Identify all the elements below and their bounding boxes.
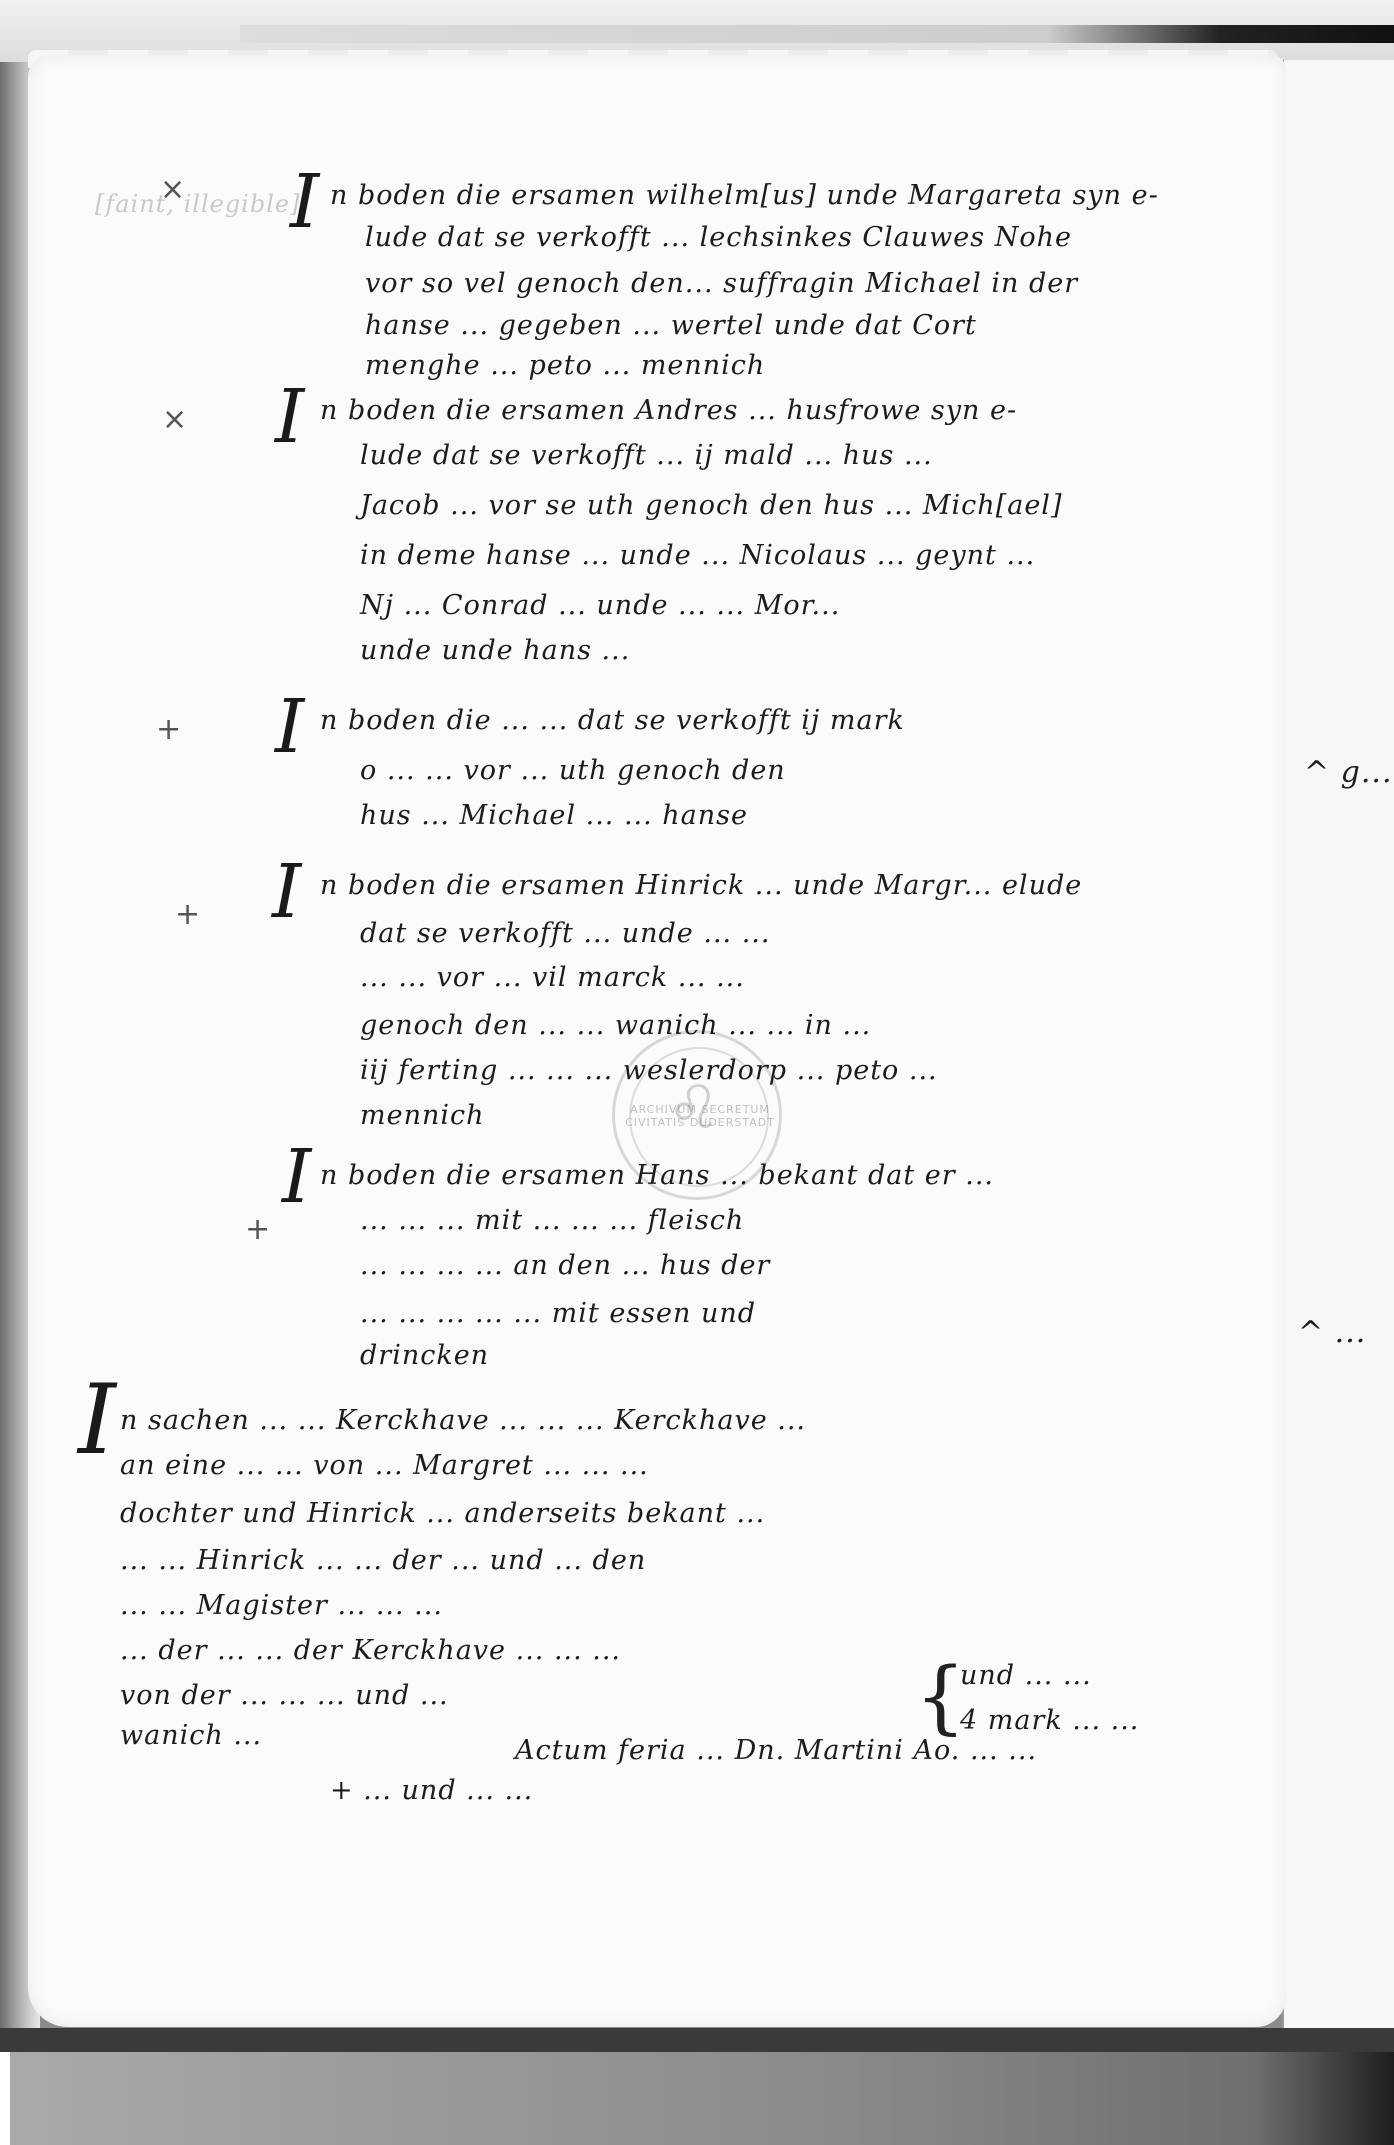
- closing-date-line: Actum feria ... Dn. Martini Ao. ... ...: [515, 1735, 1037, 1766]
- entry-line: n boden die ersamen wilhelm[us] unde Mar…: [330, 180, 1159, 211]
- margin-plus-mark: +: [156, 715, 181, 745]
- entry-line: drincken: [360, 1340, 489, 1371]
- entry-line: genoch den ... ... wanich ... ... in ...: [360, 1010, 871, 1041]
- adjacent-page: ^ g... r ^ ...: [1282, 60, 1394, 2045]
- faint-marginalia: [faint, illegible]: [95, 190, 300, 218]
- entry-line: vor so vel genoch den... suffragin Micha…: [365, 268, 1078, 299]
- entry-line: n boden die ersamen Andres ... husfrowe …: [320, 395, 1017, 426]
- entry-line: lude dat se verkofft ... ij mald ... hus…: [360, 440, 933, 471]
- entry-line: iij ferting ... ... ... weslerdorp ... p…: [360, 1055, 938, 1086]
- entry-line: n boden die ersamen Hans ... bekant dat …: [320, 1160, 994, 1191]
- entry-line: ... ... Hinrick ... ... der ... und ... …: [120, 1545, 646, 1576]
- bracket-mark: {: [915, 1650, 966, 1743]
- entry-initial: I: [290, 165, 319, 239]
- entry-line: von der ... ... ... und ...: [120, 1680, 449, 1711]
- entry-line: Nj ... Conrad ... unde ... ... Mor...: [360, 590, 840, 621]
- entry-line: wanich ...: [120, 1720, 262, 1751]
- entry-initial: I: [275, 690, 304, 764]
- entry-initial: I: [272, 855, 301, 929]
- entry-line: lude dat se verkofft ... lechsinkes Clau…: [365, 222, 1072, 253]
- entry-line: n boden die ersamen Hinrick ... unde Mar…: [320, 870, 1082, 901]
- entry-line: ... ... ... ... ... mit essen und: [360, 1298, 756, 1329]
- scan-edge: [0, 2052, 10, 2145]
- adjacent-page-fragment: ^ ...: [1298, 1315, 1366, 1350]
- entry-line: ... ... Magister ... ... ...: [120, 1590, 443, 1621]
- entry-line: ... der ... ... der Kerckhave ... ... ..…: [120, 1635, 621, 1666]
- entry-line: dochter und Hinrick ... anderseits bekan…: [120, 1498, 765, 1529]
- entry-line: in deme hanse ... unde ... Nicolaus ... …: [360, 540, 1035, 571]
- bracket-note-line: 4 mark ... ...: [960, 1705, 1139, 1736]
- entry-line: n boden die ... ... dat se verkofft ij m…: [320, 705, 905, 736]
- margin-cross-mark: ×: [160, 175, 185, 205]
- entry-line: n sachen ... ... Kerckhave ... ... ... K…: [120, 1405, 806, 1436]
- scan-shadow-top: [240, 25, 1394, 43]
- adjacent-page-fragment: ^ g... r: [1304, 755, 1394, 790]
- entry-line: Jacob ... vor se uth genoch den hus ... …: [360, 490, 1062, 521]
- entry-line: menghe ... peto ... mennich: [365, 350, 765, 381]
- entry-initial: I: [282, 1140, 311, 1214]
- entry-line: mennich: [360, 1100, 485, 1131]
- entry-line: hanse ... gegeben ... wertel unde dat Co…: [365, 310, 977, 341]
- entry-initial: I: [275, 380, 304, 454]
- margin-cross-mark: ×: [162, 405, 187, 435]
- bracket-note-line: und ... ...: [960, 1660, 1092, 1691]
- entry-line: unde unde hans ...: [360, 635, 630, 666]
- entry-line: an eine ... ... von ... Margret ... ... …: [120, 1450, 649, 1481]
- margin-plus-mark: +: [175, 900, 200, 930]
- scan-background-bottom: [10, 2052, 1394, 2145]
- entry-line: ... ... ... mit ... ... ... fleisch: [360, 1205, 744, 1236]
- archive-stamp-text: ARCHIVUM SECRETUM CIVITATIS DUDERSTADT: [615, 1103, 785, 1129]
- entry-line: ... ... ... ... an den ... hus der: [360, 1250, 770, 1281]
- entry-line: hus ... Michael ... ... hanse: [360, 800, 748, 831]
- entry-initial: I: [78, 1372, 116, 1468]
- addendum-line: + ... und ... ...: [330, 1775, 533, 1806]
- entry-line: dat se verkofft ... unde ... ...: [360, 918, 770, 949]
- entry-line: o ... ... vor ... uth genoch den: [360, 755, 786, 786]
- margin-plus-mark: +: [245, 1215, 270, 1245]
- entry-line: ... ... vor ... vil marck ... ...: [360, 962, 745, 993]
